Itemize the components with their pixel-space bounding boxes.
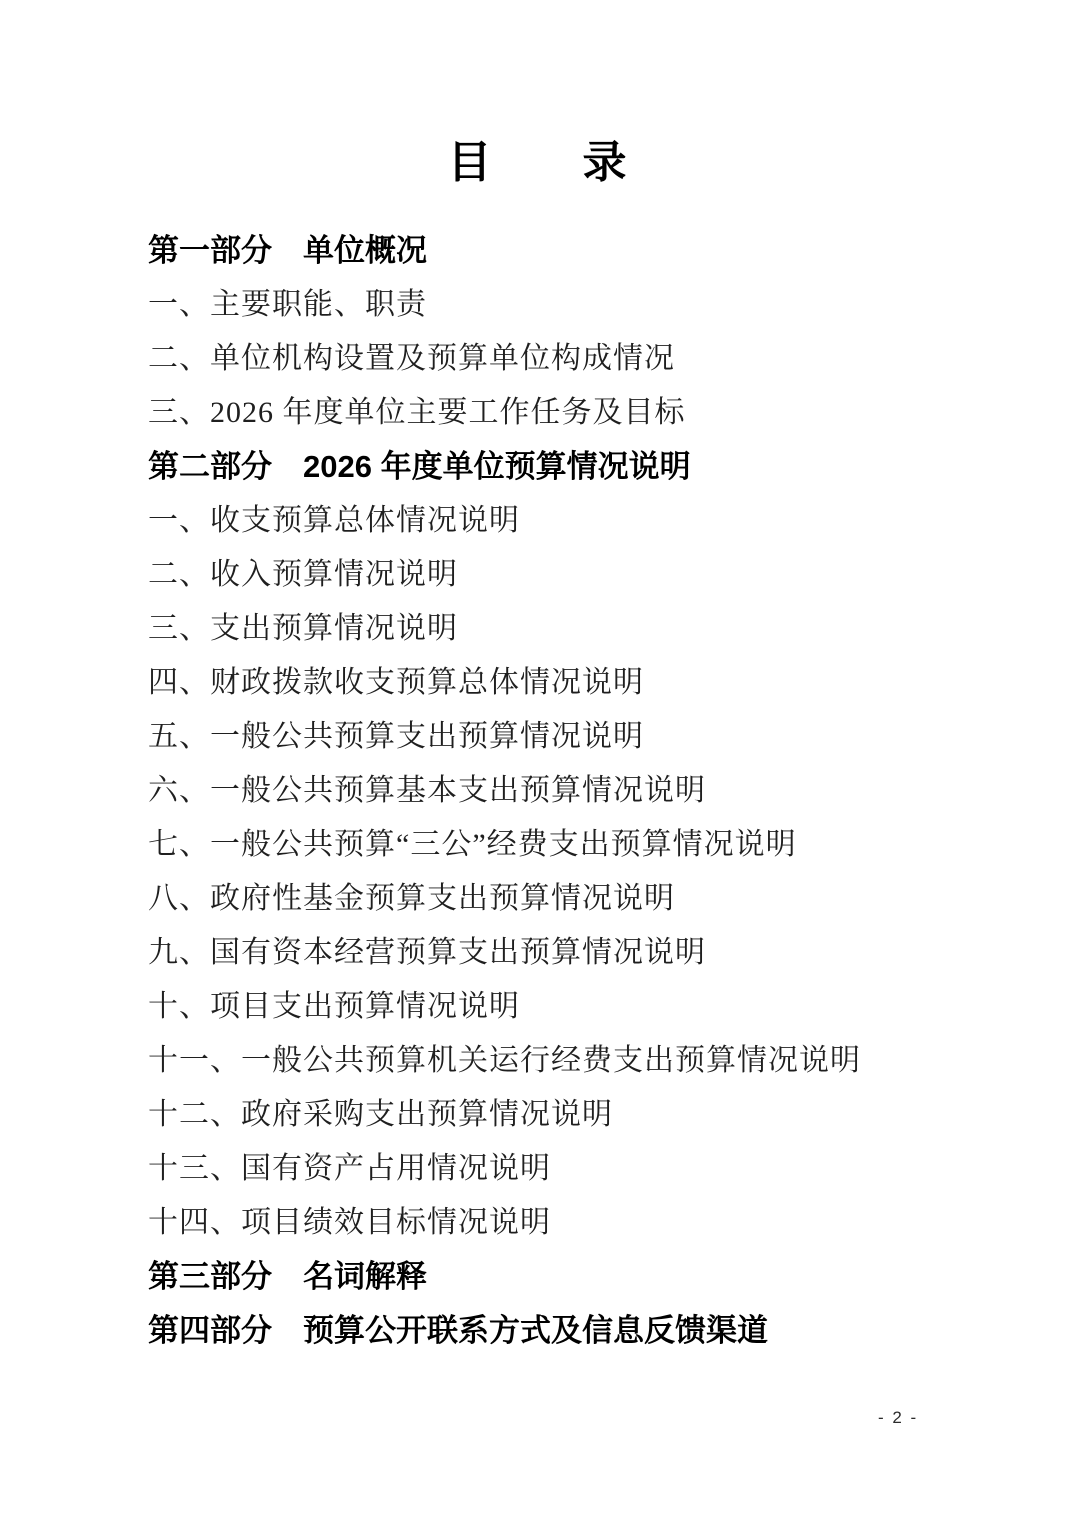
toc-item: 十、项目支出预算情况说明 [148,980,1015,1034]
document-title: 目 录 [0,138,1075,188]
toc-item: 五、一般公共预算支出预算情况说明 [148,710,1015,764]
toc-item: 十三、国有资产占用情况说明 [148,1142,1015,1196]
toc-item: 四、财政拨款收支预算总体情况说明 [148,656,1015,710]
document-page: 目 录 第一部分 单位概况 一、主要职能、职责 二、单位机构设置及预算单位构成情… [0,0,1075,1520]
toc-item: 十四、项目绩效目标情况说明 [148,1196,1015,1250]
table-of-contents: 第一部分 单位概况 一、主要职能、职责 二、单位机构设置及预算单位构成情况 三、… [148,224,1015,1358]
toc-item: 八、政府性基金预算支出预算情况说明 [148,872,1015,926]
toc-item: 十一、一般公共预算机关运行经费支出预算情况说明 [148,1034,1015,1088]
toc-item: 一、主要职能、职责 [148,278,1015,332]
toc-heading: 第四部分 预算公开联系方式及信息反馈渠道 [148,1304,1015,1358]
toc-item: 七、一般公共预算“三公”经费支出预算情况说明 [148,818,1015,872]
toc-item: 六、一般公共预算基本支出预算情况说明 [148,764,1015,818]
toc-item: 九、国有资本经营预算支出预算情况说明 [148,926,1015,980]
toc-item: 二、收入预算情况说明 [148,548,1015,602]
toc-item: 三、支出预算情况说明 [148,602,1015,656]
toc-heading: 第一部分 单位概况 [148,224,1015,278]
toc-item: 十二、政府采购支出预算情况说明 [148,1088,1015,1142]
toc-item: 二、单位机构设置及预算单位构成情况 [148,332,1015,386]
page-number: - 2 - [878,1408,918,1428]
toc-heading: 第二部分 2026 年度单位预算情况说明 [148,440,1015,494]
toc-heading: 第三部分 名词解释 [148,1250,1015,1304]
toc-item: 一、收支预算总体情况说明 [148,494,1015,548]
toc-item: 三、2026 年度单位主要工作任务及目标 [148,386,1015,440]
